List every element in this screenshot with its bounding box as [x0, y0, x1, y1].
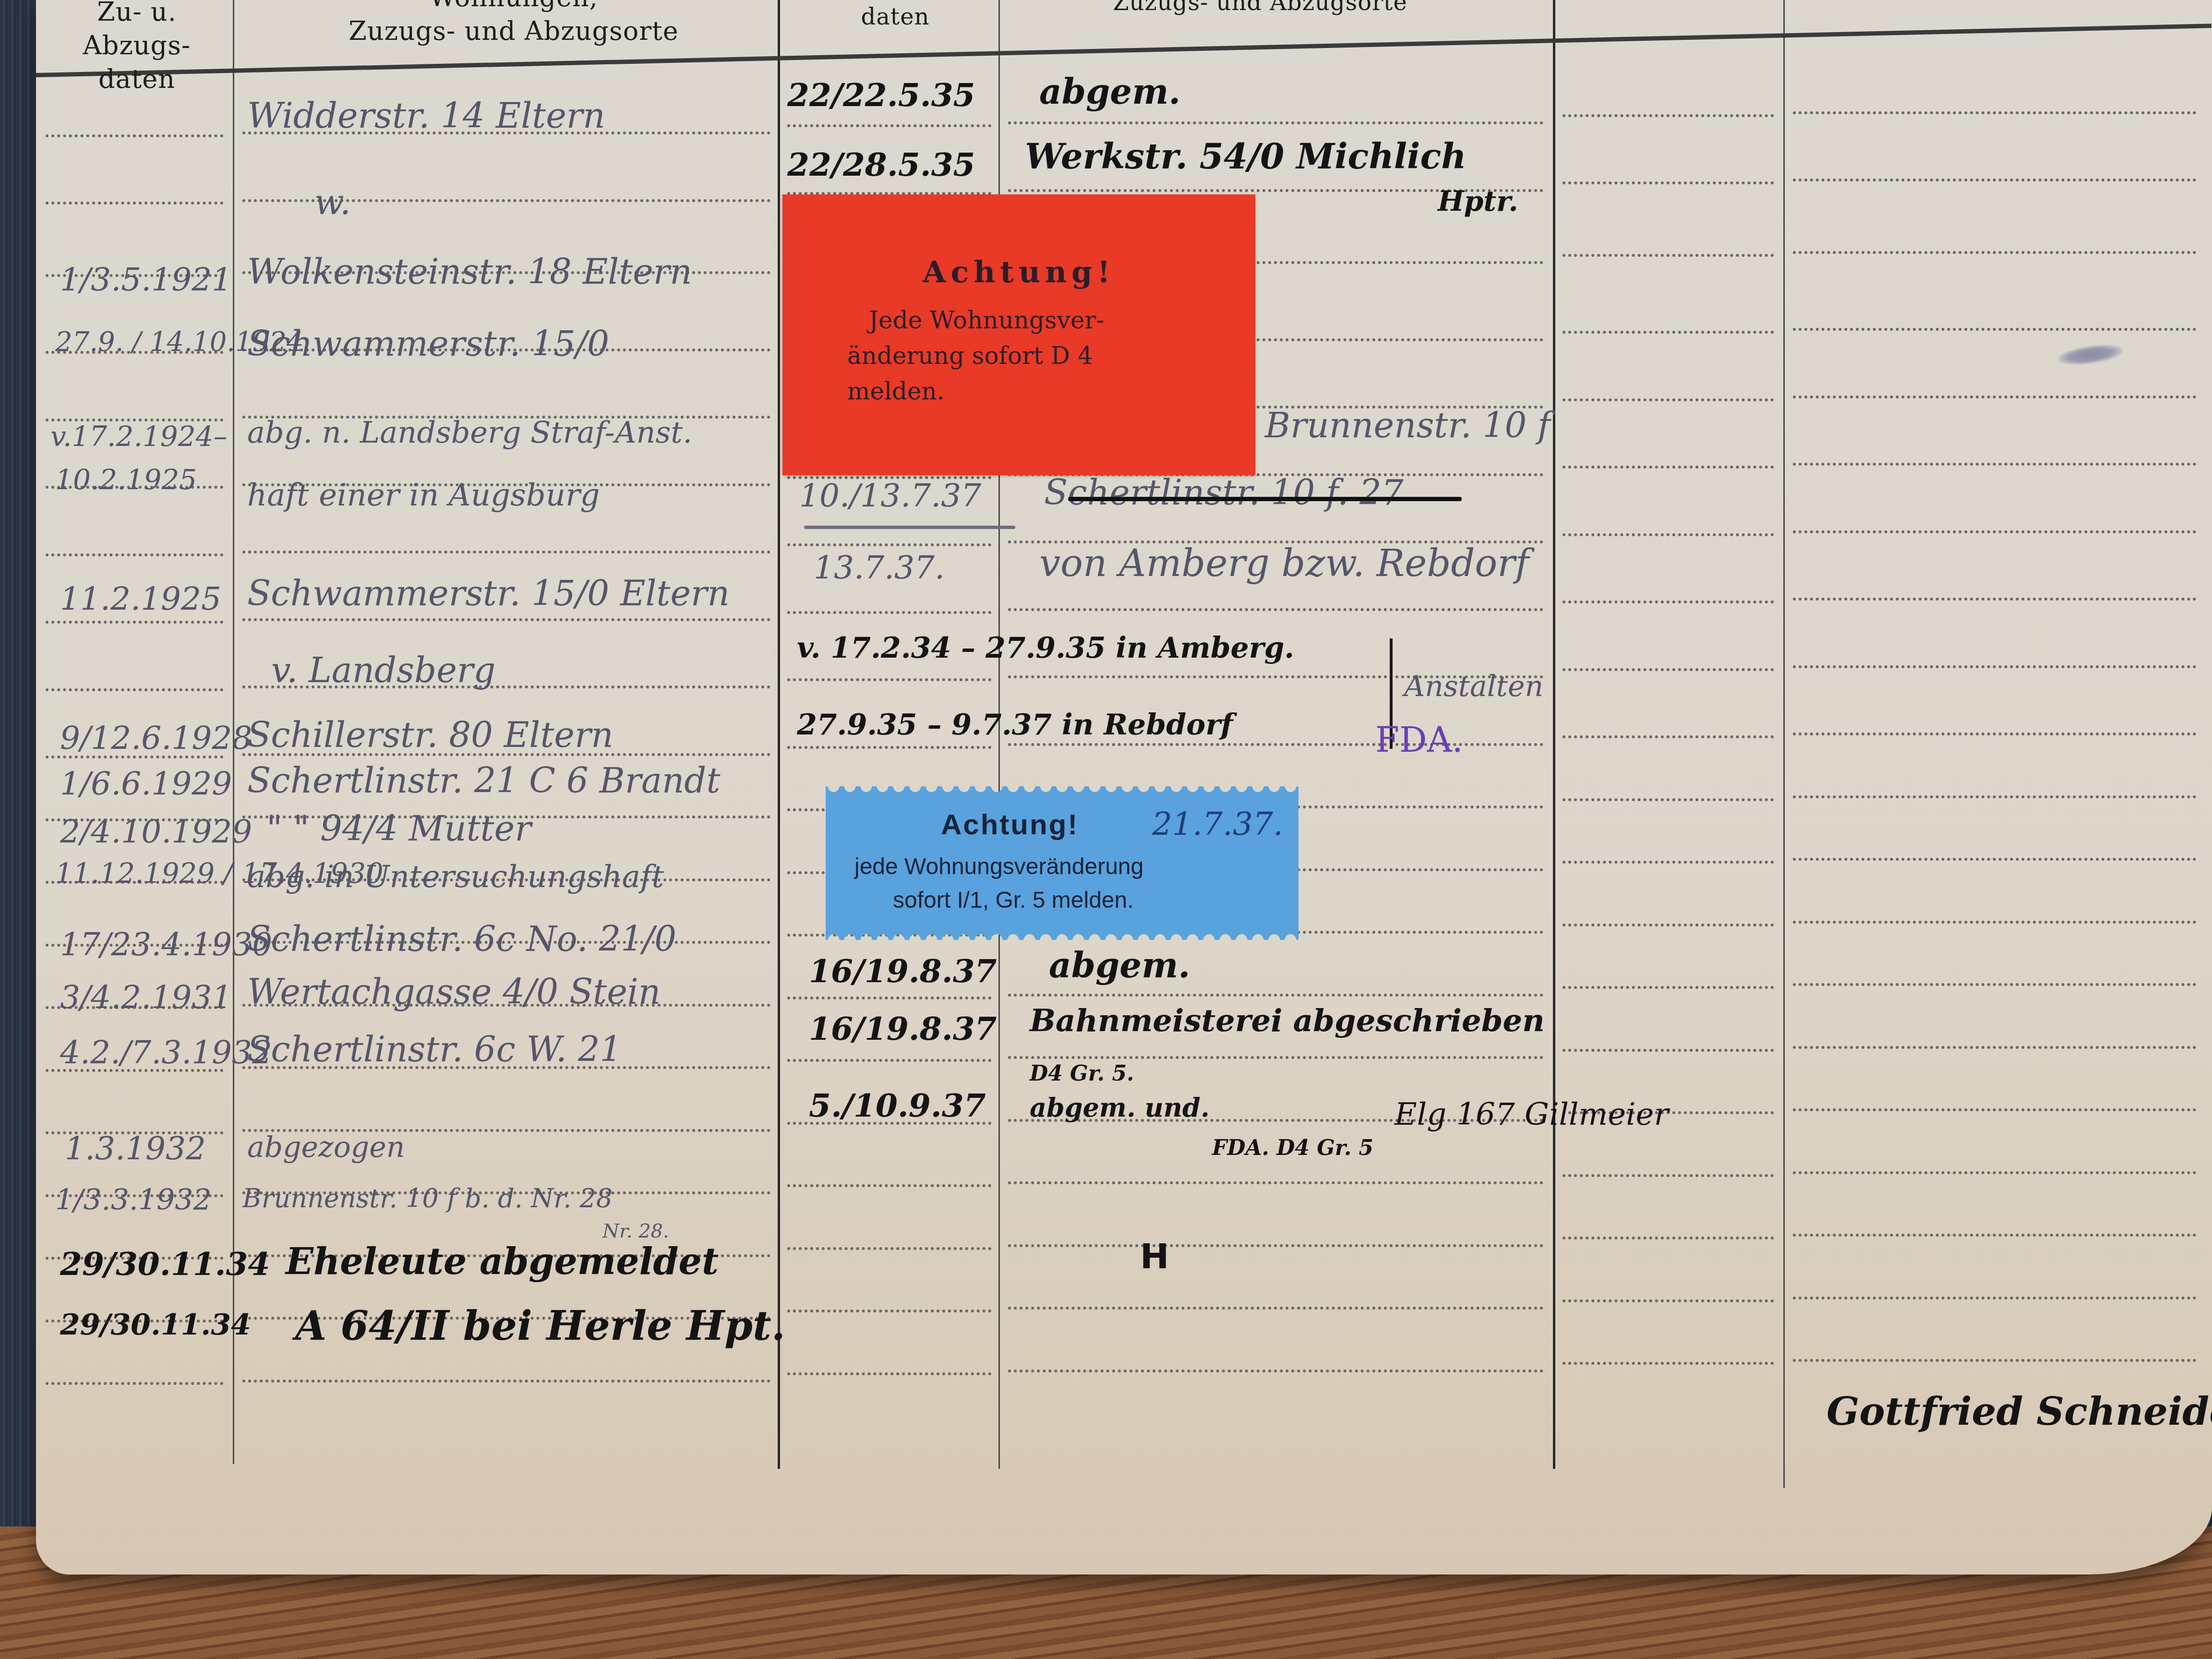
ink-smudge — [2056, 341, 2125, 368]
left-date-14: 3/4.2.1931 — [60, 982, 232, 1013]
left-place-10: Schertlinstr. 21 C 6 Brandt — [247, 763, 720, 798]
ruled-line — [1793, 1046, 2196, 1049]
ruled-line — [1563, 1237, 1774, 1239]
left-date-19: 29/30.11.34 — [60, 1310, 251, 1339]
ruled-line — [1563, 1049, 1774, 1052]
ruled-line — [1008, 1307, 1543, 1310]
ruled-line — [1563, 331, 1774, 334]
ruled-line — [1793, 328, 2196, 331]
red-label-line1: Jede Wohnungsver- — [847, 302, 1212, 338]
right-date-8: 16/19.8.37 — [809, 955, 997, 987]
right-date-4: 10./13.7.37 — [799, 480, 981, 512]
right-date-5: 13.7.37. — [814, 552, 945, 584]
right-place-9: Bahnmeisterei abgeschrieben — [1030, 1006, 1545, 1036]
red-warning-label: Achtung! Jede Wohnungsver- änderung sofo… — [782, 194, 1255, 475]
ruled-line — [1563, 1174, 1774, 1177]
ruled-line — [46, 134, 223, 137]
ruled-line — [1563, 798, 1774, 801]
right-place-3: Brunnenstr. 10 f — [1265, 408, 1551, 443]
red-label-title: Achtung! — [782, 254, 1255, 289]
left-place-2: w. — [314, 185, 351, 219]
right-place-2: Werkstr. 54/0 Michlich — [1025, 139, 1467, 174]
ruled-line — [1793, 179, 2196, 181]
ruled-line — [787, 543, 991, 546]
ruled-line — [1563, 181, 1774, 184]
ruled-line — [1008, 1370, 1543, 1372]
fda-stamp: FDA. — [1375, 722, 1463, 757]
left-date-15: 4.2./7.3.1932 — [60, 1037, 272, 1069]
blue-notice-stamp: Achtung! 21.7.37. jede Wohnungsveränderu… — [826, 786, 1298, 940]
left-date-9: 9/12.6.1928 — [60, 722, 252, 754]
ruled-line — [1563, 466, 1774, 469]
left-place-16: abgezogen — [247, 1133, 405, 1162]
left-date-11: 2/4.10.1929 — [60, 816, 252, 848]
left-place-14: Wertachgasse 4/0 Stein — [247, 974, 661, 1009]
ruled-line — [1793, 1108, 2196, 1111]
ruled-line — [242, 551, 770, 553]
ruled-line — [1563, 986, 1774, 989]
ruled-line — [1793, 1234, 2196, 1237]
ruled-line — [1008, 1181, 1543, 1184]
right-date-10: 5./10.9.37 — [809, 1090, 986, 1121]
left-date-16: 1.3.1932 — [65, 1133, 206, 1165]
right-date-9: 16/19.8.37 — [809, 1013, 997, 1045]
column-divider — [778, 0, 780, 1469]
left-date-17: 1/3.3.1932 — [55, 1186, 212, 1214]
ruled-line — [787, 1059, 991, 1062]
right-period-1: v. 17.2.34 – 27.9.35 in Amberg. — [797, 634, 1294, 662]
ruled-line — [1563, 533, 1774, 536]
left-date-7: 11.2.1925 — [60, 583, 221, 615]
ruled-line — [1563, 924, 1774, 926]
ruled-line — [46, 688, 223, 691]
ruled-line — [787, 678, 991, 681]
strikethrough-line — [1068, 497, 1462, 501]
ruled-line — [1563, 398, 1774, 401]
ruled-line — [787, 1247, 991, 1250]
ruled-line — [1008, 1056, 1543, 1059]
ruled-line — [787, 1310, 991, 1312]
ruled-line — [1793, 733, 2196, 735]
left-note-small: Nr. 28. — [602, 1222, 669, 1241]
right-note-2: Hptr. — [1438, 187, 1518, 215]
ruled-line — [787, 611, 991, 614]
header-dates-left: Zu- u. Abzugs- daten — [46, 0, 228, 96]
ruled-line — [1563, 735, 1774, 738]
ruled-line — [1793, 1171, 2196, 1174]
right-place-5: von Amberg bzw. Rebdorf — [1039, 545, 1529, 582]
header-places-left: Wohnungen, Zuzugs- und Abzugsorte — [262, 0, 766, 48]
blue-stamp-date: 21.7.37. — [1152, 805, 1283, 842]
left-place-17: Brunnenstr. 10 f b. d. Nr. 28 — [242, 1186, 613, 1212]
right-place-10: abgem. und. — [1030, 1094, 1210, 1120]
header-dates-right: daten — [804, 0, 986, 34]
left-place-5: abg. n. Landsberg Straf-Anst. — [247, 418, 692, 447]
ruled-line — [1563, 1299, 1774, 1302]
ruled-line — [1793, 530, 2196, 533]
left-place-9: Schillerstr. 80 Eltern — [247, 718, 613, 752]
ruled-line — [1793, 251, 2196, 254]
left-date-18: 29/30.11.34 — [60, 1248, 270, 1280]
left-place-1: Widderstr. 14 Eltern — [247, 98, 605, 133]
ruled-line — [1008, 1244, 1543, 1247]
left-date-13: 17/23.4.1930 — [60, 929, 272, 961]
red-label-line3: melden. — [847, 373, 1212, 409]
ruled-line — [787, 1372, 991, 1375]
left-place-3: Wolkensteinstr. 18 Eltern — [247, 254, 692, 289]
right-annotation-10: Elg 167 Gillmeier — [1395, 1099, 1669, 1130]
ruled-line — [1008, 608, 1543, 611]
left-place-6: haft einer in Augsburg — [247, 480, 600, 511]
ruled-line — [1793, 921, 2196, 924]
ruled-line — [1793, 983, 2196, 986]
ruled-line — [242, 618, 770, 621]
bracket-note: Anstalten — [1404, 672, 1543, 701]
left-date-6: 10.2.1925 — [55, 466, 197, 493]
left-place-7: Schwammerstr. 15/0 Eltern — [247, 576, 730, 611]
ruled-line — [242, 1380, 770, 1382]
ruled-line — [1793, 111, 2196, 114]
ruled-line — [46, 1382, 223, 1385]
ruled-line — [1793, 396, 2196, 398]
left-place-13: Schertlinstr. 6c No. 21/0 — [247, 922, 676, 956]
date-underline — [804, 526, 1015, 529]
column-divider — [1783, 0, 1785, 1488]
right-place-8: abgem. — [1049, 948, 1190, 983]
left-place-12: abg. in Untersuchungshaft — [247, 862, 664, 892]
blue-stamp-line1: jede Wohnungsveränderung — [854, 854, 1143, 880]
left-place-4: Schwammerstr. 15/0 — [247, 326, 609, 361]
left-place-18: Eheleute abgemeldet — [286, 1243, 719, 1280]
ruled-line — [46, 202, 223, 204]
left-place-19: A 64/II bei Herle Hpt. — [295, 1306, 785, 1346]
left-date-3: 1/3.5.1921 — [60, 264, 232, 296]
ruled-line — [46, 621, 223, 624]
ruled-line — [1793, 598, 2196, 601]
blue-stamp-title: Achtung! — [941, 808, 1079, 841]
ruled-line — [1793, 858, 2196, 861]
right-date-1: 22/22.5.35 — [787, 79, 975, 111]
right-place-4-struck: Schertlinstr. 10 f. 27 — [1044, 475, 1404, 510]
ruled-line — [1793, 1359, 2196, 1362]
ruled-line — [1563, 861, 1774, 864]
red-label-line2: änderung sofort D 4 — [847, 338, 1212, 373]
column-divider — [1553, 0, 1555, 1469]
right-place-1: abgem. — [1039, 74, 1180, 109]
ruled-line — [787, 1184, 991, 1187]
ruled-line — [1563, 114, 1774, 117]
left-date-5: v.17.2.1924– — [50, 422, 228, 450]
left-place-15: Schertlinstr. 6c W. 21 — [247, 1032, 622, 1067]
left-date-10: 1/6.6.1929 — [60, 768, 232, 800]
ruled-line — [1008, 994, 1543, 997]
ruled-line — [1008, 743, 1543, 746]
symbol-mark: H — [1140, 1236, 1169, 1276]
right-period-2: 27.9.35 – 9.7.37 in Rebdorf — [797, 710, 1233, 739]
ruled-line — [787, 124, 991, 127]
right-date-2: 22/28.5.35 — [787, 149, 975, 180]
blue-stamp-line2: sofort I/1, Gr. 5 melden. — [893, 887, 1134, 914]
ruled-line — [1793, 463, 2196, 466]
ruled-line — [1793, 795, 2196, 798]
ruled-line — [1793, 1297, 2196, 1299]
ruled-line — [1563, 254, 1774, 257]
right-note-below-10: FDA. D4 Gr. 5 — [1212, 1138, 1373, 1159]
red-label-body: Jede Wohnungsver- änderung sofort D 4 me… — [847, 302, 1212, 409]
ruled-line — [1793, 665, 2196, 668]
signature: Gottfried Schneider — [1827, 1392, 2212, 1431]
ruled-line — [787, 997, 991, 999]
left-place-8: v. Landsberg — [271, 653, 495, 687]
ruled-line — [1563, 1362, 1774, 1365]
ruled-line — [787, 746, 991, 749]
ruled-line — [1008, 121, 1543, 124]
left-place-11: " " 94/4 Mutter — [266, 811, 531, 846]
header-places-right: Zuzugs- und Abzugsorte — [1044, 0, 1476, 19]
ruled-line — [1563, 601, 1774, 603]
right-note-above-10: D4 Gr. 5. — [1030, 1063, 1134, 1084]
ruled-line — [1563, 668, 1774, 671]
ruled-line — [46, 553, 223, 556]
